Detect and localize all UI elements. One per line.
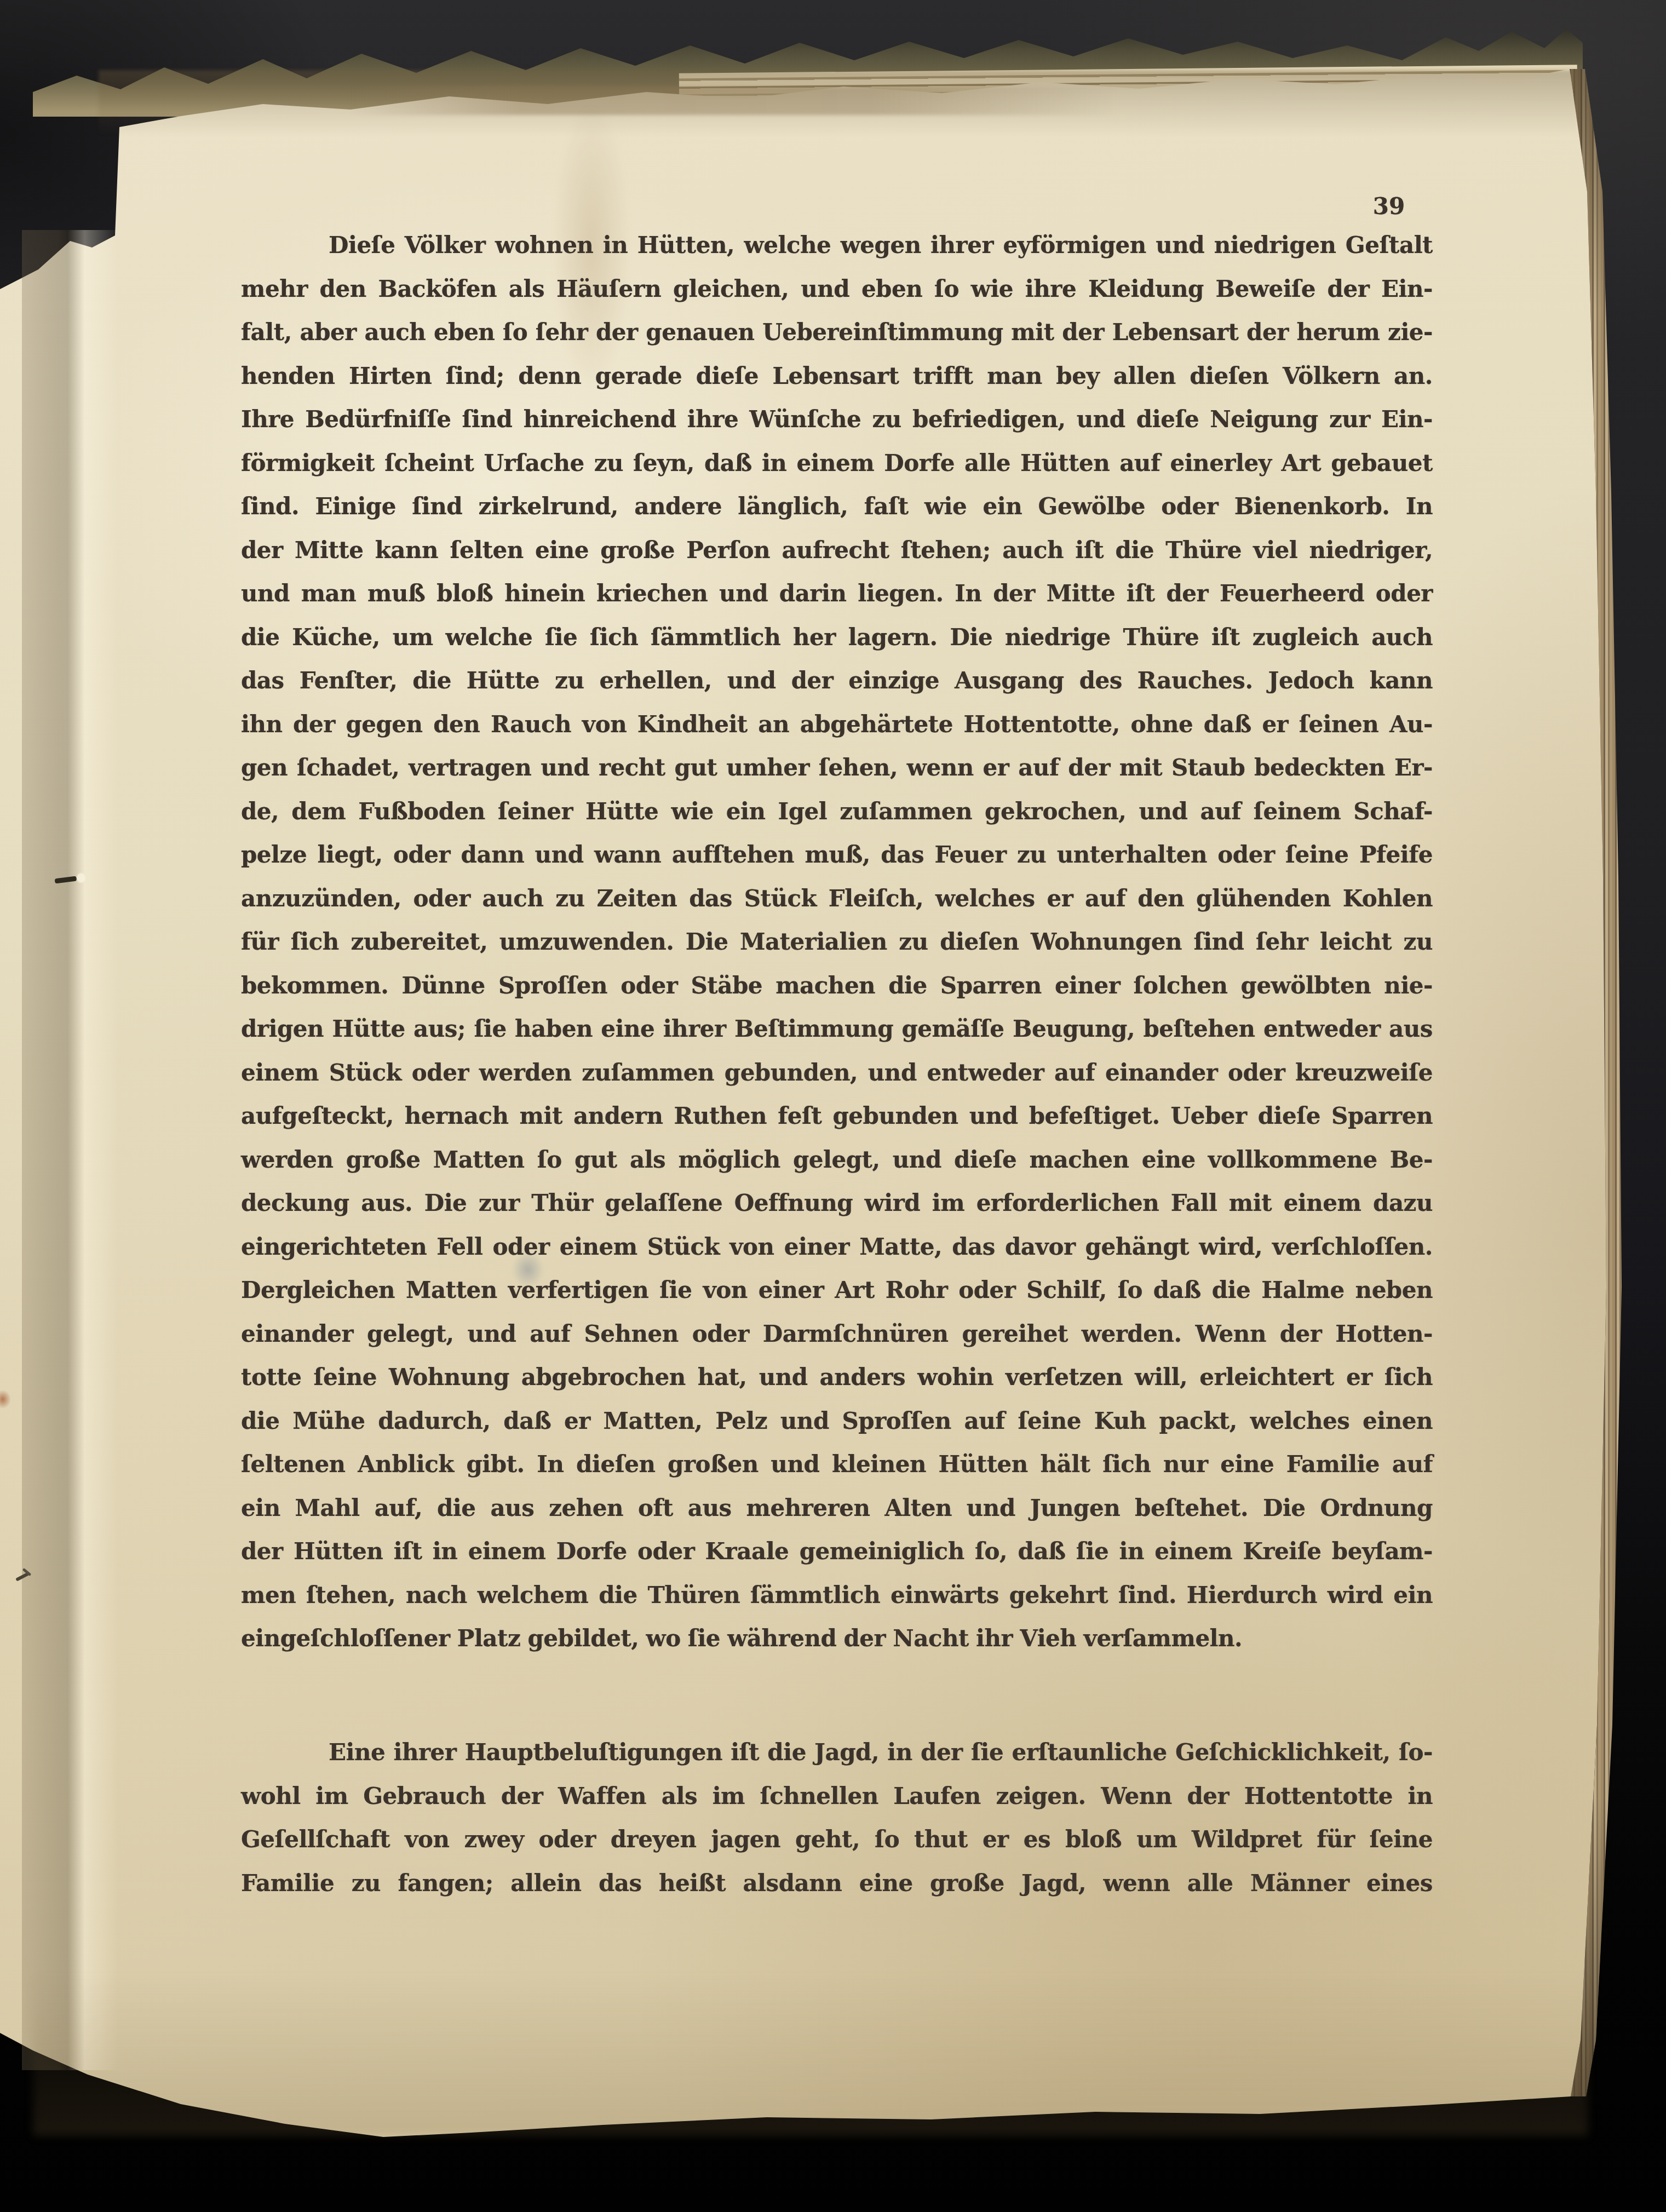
text-line: gen ſchadet, vertragen und recht gut umh…: [241, 746, 1433, 790]
text-line: förmigkeit ſcheint Urſache zu ſeyn, daß …: [241, 441, 1433, 485]
text-line: bekommen. Dünne Sproſſen oder Stäbe mach…: [241, 964, 1433, 1008]
text-line: henden Hirten ſind; denn gerade dieſe Le…: [241, 354, 1433, 398]
text-line: ſind. Einige ſind zirkelrund, andere län…: [241, 485, 1433, 528]
text-line: Geſellſchaft von zwey oder dreyen jagen …: [241, 1818, 1433, 1861]
text-line: ſeltenen Anblick gibt. In dieſen großen …: [241, 1443, 1433, 1486]
text-line: Dieſe Völker wohnen in Hütten, welche we…: [241, 223, 1433, 267]
text-line: der Mitte kann ſelten eine große Perſon …: [241, 528, 1433, 572]
text-line: und man muß bloß hinein kriechen und dar…: [241, 572, 1433, 616]
text-line: anzuzünden, oder auch zu Zeiten das Stüc…: [241, 877, 1433, 921]
text-line: totte ſeine Wohnung abgebrochen hat, und…: [241, 1355, 1433, 1399]
text-line: ihn der gegen den Rauch von Kindheit an …: [241, 703, 1433, 746]
text-line: pelze liegt, oder dann und wann aufſtehe…: [241, 833, 1433, 877]
body-text-paragraph-1: Dieſe Völker wohnen in Hütten, welche we…: [241, 223, 1433, 1661]
text-line: Dergleichen Matten verfertigen ſie von e…: [241, 1268, 1433, 1312]
text-line: der Hütten iſt in einem Dorfe oder Kraal…: [241, 1530, 1433, 1573]
text-line: falt, aber auch eben ſo ſehr der genauen…: [241, 311, 1433, 354]
text-line: das Fenſter, die Hütte zu erhellen, und …: [241, 659, 1433, 703]
text-line: de, dem Fußboden ſeiner Hütte wie ein Ig…: [241, 790, 1433, 834]
text-line: ein Mahl auf, die aus zehen oft aus mehr…: [241, 1486, 1433, 1530]
text-line: die Mühe dadurch, daß er Matten, Pelz un…: [241, 1399, 1433, 1443]
text-line: einem Stück oder werden zuſammen gebunde…: [241, 1051, 1433, 1095]
text-line: Familie zu fangen; allein das heißt alsd…: [241, 1861, 1433, 1905]
text-line: werden große Matten ſo gut als möglich g…: [241, 1138, 1433, 1182]
text-line: wohl im Gebrauch der Waffen als im ſchne…: [241, 1774, 1433, 1818]
text-line: die Küche, um welche ſie ſich ſämmtlich …: [241, 616, 1433, 659]
text-line: eingeſchloſſener Platz gebildet, wo ſie …: [241, 1617, 1433, 1661]
text-line: mehr den Backöfen als Häuſern gleichen, …: [241, 267, 1433, 311]
text-line: deckung aus. Die zur Thür gelaſſene Oeff…: [241, 1181, 1433, 1225]
text-line: men ſtehen, nach welchem die Thüren ſämm…: [241, 1573, 1433, 1617]
text-line: Eine ihrer Hauptbeluſtigungen iſt die Ja…: [241, 1731, 1433, 1774]
body-text-paragraph-2: Eine ihrer Hauptbeluſtigungen iſt die Ja…: [241, 1731, 1433, 1905]
text-line: eingerichteten Fell oder einem Stück von…: [241, 1225, 1433, 1269]
text-line: aufgeſteckt, hernach mit andern Ruthen f…: [241, 1094, 1433, 1138]
text-line: Ihre Bedürfniſſe ſind hinreichend ihre W…: [241, 398, 1433, 441]
text-line: drigen Hütte aus; ſie haben eine ihrer B…: [241, 1007, 1433, 1051]
text-line: für ſich zubereitet, umzuwenden. Die Mat…: [241, 920, 1433, 964]
page-text-layer: 39 Dieſe Völker wohnen in Hütten, welche…: [0, 0, 1666, 2212]
text-line: einander gelegt, und auf Sehnen oder Dar…: [241, 1312, 1433, 1356]
page-number: 39: [1361, 193, 1416, 220]
photographed-book-scene: 39 Dieſe Völker wohnen in Hütten, welche…: [0, 0, 1666, 2212]
